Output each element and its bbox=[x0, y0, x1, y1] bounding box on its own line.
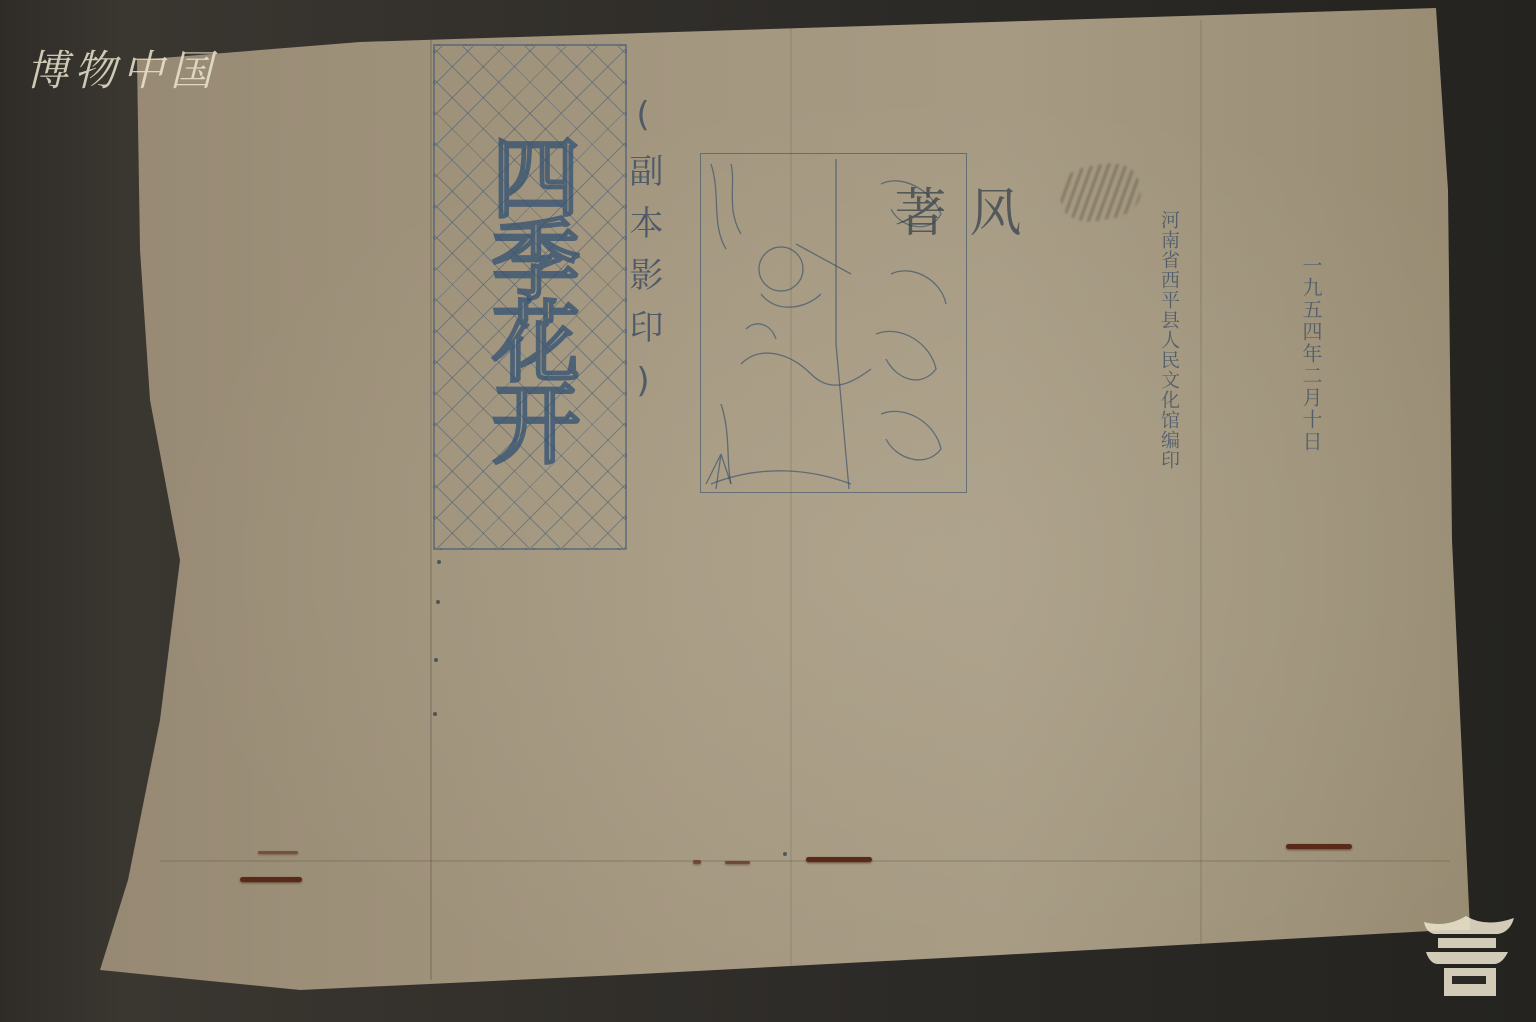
watermark-text: 博物中国 bbox=[26, 38, 218, 98]
document-title: 四季花开 bbox=[445, 56, 615, 536]
document-publisher: 河南省西平县人民文化馆编印 bbox=[1153, 210, 1183, 510]
ink-spot bbox=[434, 658, 438, 662]
rust-staple-mark bbox=[806, 857, 872, 862]
rust-staple-mark bbox=[725, 861, 750, 864]
rust-staple-mark bbox=[258, 851, 298, 854]
crease-line bbox=[160, 860, 1450, 862]
document-date: 一九五四年二月十日 bbox=[1296, 255, 1326, 495]
ink-smudge bbox=[1056, 158, 1144, 226]
ink-spot bbox=[436, 600, 440, 604]
title-panel: 四季花开 bbox=[433, 44, 627, 550]
rust-staple-mark bbox=[240, 877, 302, 882]
rust-staple-mark bbox=[693, 860, 701, 864]
document-paper: 四季花开 (副本影印) 风 著 河南省西平县人民文化馆编印 一九五四年二月十日 bbox=[0, 0, 1536, 1022]
document-author: 风 著 bbox=[958, 185, 1028, 475]
pagoda-logo-icon bbox=[1416, 914, 1516, 1000]
ink-spot bbox=[433, 712, 437, 716]
fold-line bbox=[430, 20, 432, 980]
document-subtitle: (副本影印) bbox=[628, 95, 668, 535]
rust-staple-mark bbox=[1286, 844, 1352, 849]
fold-line bbox=[1200, 20, 1202, 980]
ink-spot bbox=[783, 852, 787, 856]
ink-spot bbox=[437, 560, 441, 564]
